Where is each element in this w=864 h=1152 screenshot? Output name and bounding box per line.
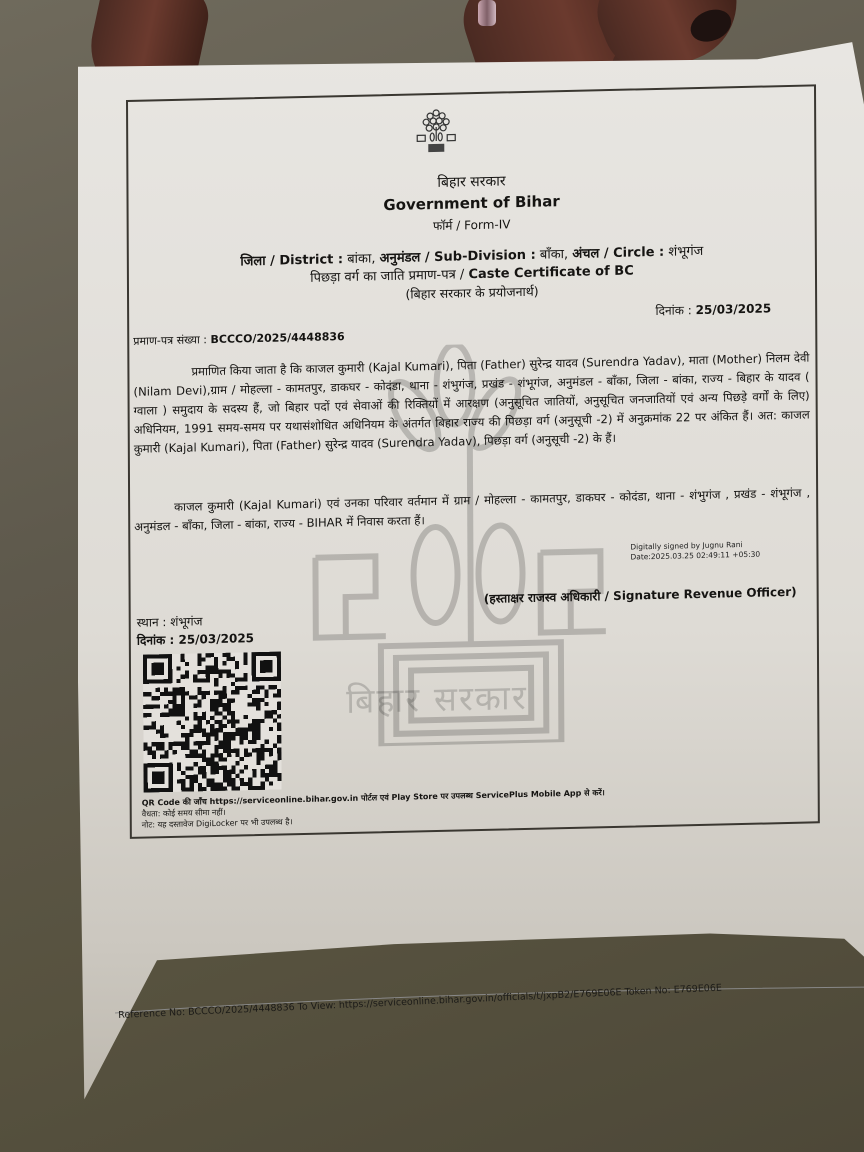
footer-notes: QR Code की जाँच https://serviceonline.bi… — [142, 787, 605, 831]
certificate-title-hindi: पिछड़ा वर्ग का जाति प्रमाण-पत्र / — [310, 267, 464, 285]
issue-date-value: 25/03/2025 — [696, 301, 772, 317]
qr-code[interactable] — [143, 651, 282, 792]
district-value: बांका, — [347, 251, 375, 267]
place-date-block: स्थान : शंभूगंज दिनांक : 25/03/2025 — [137, 611, 254, 650]
certificate-number: प्रमाण-पत्र संख्या : BCCCO/2025/4448836 — [133, 329, 344, 349]
issue-date-label: दिनांक : — [655, 303, 691, 318]
circle-value: शंभूगंज — [668, 244, 703, 260]
certification-paragraph: प्रमाणित किया जाता है कि काजल कुमारी (Ka… — [133, 348, 809, 458]
residence-paragraph: काजल कुमारी (Kajal Kumari) एवं उनका परिव… — [134, 483, 810, 536]
place-date-label: दिनांक : 25/03/2025 — [137, 629, 254, 650]
digital-signature-date: Date:2025.03.25 02:49:11 +05:30 — [630, 550, 760, 563]
certificate-frame: बिहार सरकार बिहार सरकार Government of Bi… — [126, 84, 820, 839]
ring — [478, 0, 496, 26]
digital-signature: Digitally signed by Jugnu Rani Date:2025… — [630, 540, 760, 563]
certificate-number-label: प्रमाण-पत्र संख्या : — [133, 333, 207, 348]
bihar-emblem-icon — [414, 106, 458, 155]
issue-date: दिनांक : 25/03/2025 — [655, 299, 771, 319]
certificate-number-value: BCCCO/2025/4448836 — [210, 330, 344, 346]
watermark-text: बिहार सरकार — [346, 673, 528, 723]
certificate-title-english: Caste Certificate of BC — [468, 263, 633, 282]
subdivision-value: बाँका, — [540, 247, 568, 263]
